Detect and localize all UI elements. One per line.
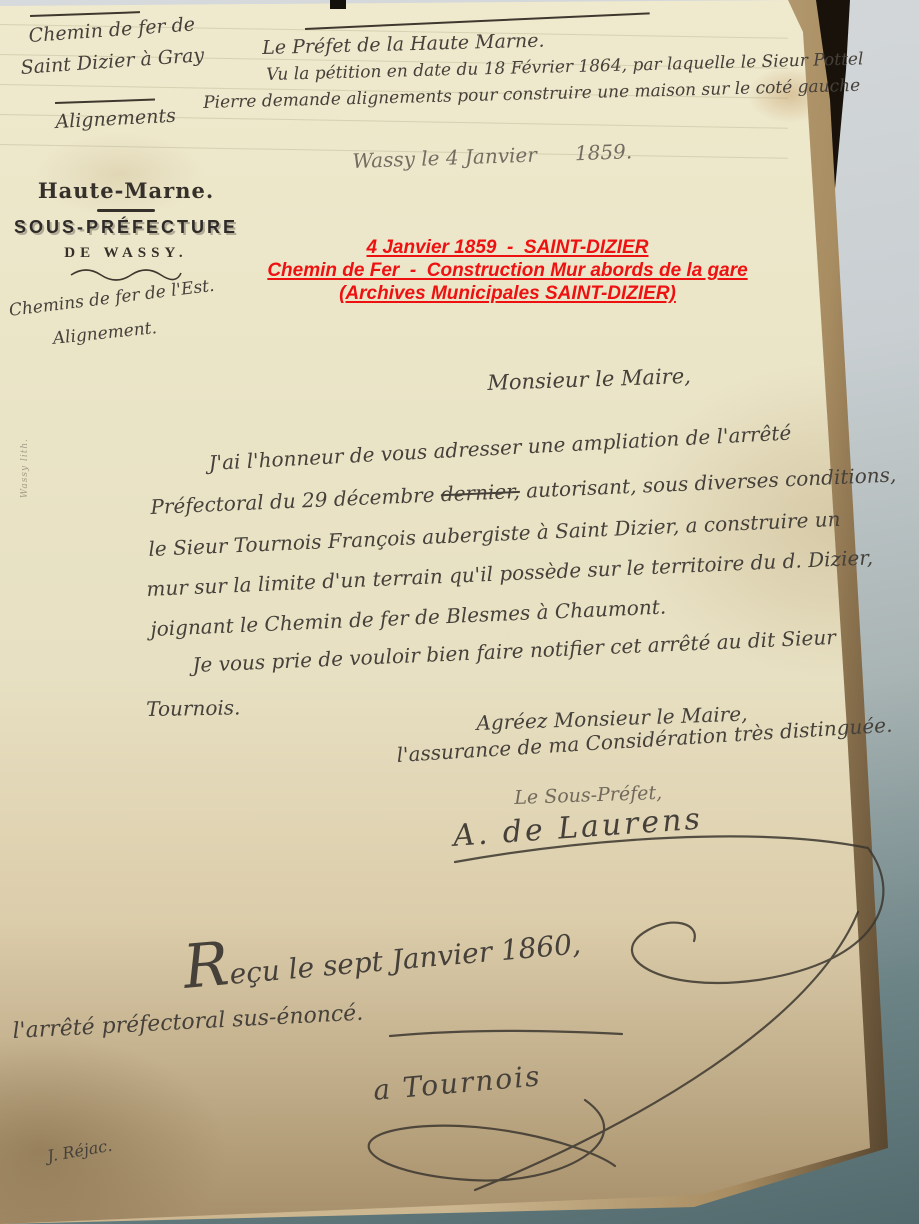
letterhead-divider	[97, 209, 155, 212]
archive-caption-line: (Archives Municipales SAINT-DIZIER)	[255, 282, 760, 305]
letterhead-stamp: Haute-Marne. SOUS-PRÉFECTURE DE WASSY.	[10, 178, 242, 282]
archival-document-photo: Chemin de fer de Saint Dizier à Gray Ali…	[0, 0, 919, 1224]
archive-caption-line: 4 Janvier 1859 - SAINT-DIZIER	[255, 236, 760, 259]
letterhead-flourish	[66, 266, 186, 282]
body-line: Tournois.	[146, 696, 241, 720]
letterhead-department: Haute-Marne.	[10, 178, 242, 203]
cut-off-ink-mark	[330, 0, 346, 9]
archive-caption: 4 Janvier 1859 - SAINT-DIZIER Chemin de …	[255, 236, 760, 305]
archive-caption-line: Chemin de Fer - Construction Mur abords …	[255, 259, 760, 282]
printer-imprint: Wassy lith.	[20, 438, 30, 498]
letterhead-office: SOUS-PRÉFECTURE	[10, 217, 242, 238]
letterhead-place: DE WASSY.	[10, 245, 242, 262]
struck-word: dernier,	[440, 479, 520, 506]
